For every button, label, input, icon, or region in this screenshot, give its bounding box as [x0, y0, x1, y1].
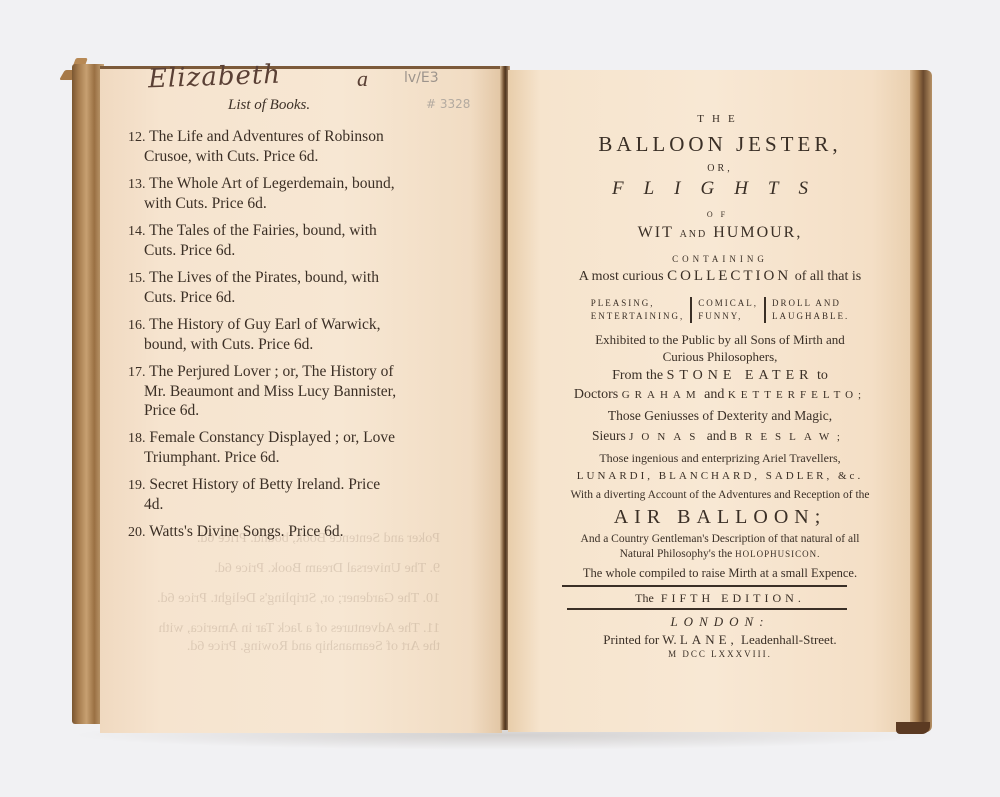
- text: Doctors: [574, 387, 618, 402]
- text: GRAHAM: [622, 389, 701, 401]
- text: ENTERTAINING,: [591, 310, 684, 323]
- open-book: Elizabeth a lv/E3 # 3328 List of Books. …: [0, 0, 1000, 797]
- text: KETTERFELTO;: [728, 389, 866, 401]
- item-text: Mr. Beaumont and Miss Lucy Bannister,: [128, 382, 438, 401]
- those-line: Those Geniusses of Dexterity and Magic,: [545, 408, 895, 424]
- text: COMICAL,: [698, 297, 758, 310]
- text: of all that is: [795, 269, 862, 284]
- text: to: [817, 368, 828, 383]
- edition-line: The FIFTH EDITION.: [545, 591, 895, 606]
- list-heading: List of Books.: [228, 97, 310, 114]
- word: HUMOUR,: [713, 224, 802, 241]
- text: FUNNY,: [698, 310, 758, 323]
- title-the: THE: [545, 113, 895, 125]
- text: and: [704, 387, 724, 402]
- item-number: 15.: [128, 271, 146, 286]
- item-text: Secret History of Betty Ireland. Price: [149, 476, 380, 493]
- whole-compiled-line: The whole compiled to raise Mirth at a s…: [545, 566, 895, 581]
- item-text: Price 6d.: [128, 401, 438, 420]
- aeronauts-line: LUNARDI, BLANCHARD, SADLER, &c.: [545, 470, 895, 482]
- main-title: BALLOON JESTER,: [545, 132, 895, 157]
- item-text: Crusoe, with Cuts. Price 6d.: [128, 147, 438, 166]
- item-text: The Perjured Lover ; or, The History of: [149, 363, 393, 380]
- list-item: 17. The Perjured Lover ; or, The History…: [128, 362, 438, 420]
- book-list: 12. The Life and Adventures of Robinson …: [128, 127, 438, 550]
- item-number: 14.: [128, 224, 146, 239]
- text: Leadenhall-Street.: [741, 632, 837, 647]
- item-number: 18.: [128, 431, 146, 446]
- from-line: From the STONE EATER to: [545, 368, 895, 384]
- imprint-printer: Printed for W. LANE, Leadenhall-Street.: [545, 632, 895, 648]
- text: And a Country Gentleman's Description of…: [545, 532, 895, 547]
- text: A most curious: [579, 269, 664, 284]
- text: BRESLAW;: [730, 431, 848, 443]
- item-text: Watts's Divine Songs. Price 6d.: [149, 523, 343, 540]
- list-item: 16. The History of Guy Earl of Warwick, …: [128, 315, 438, 354]
- text: Exhibited to the Public by all Sons of M…: [545, 331, 895, 348]
- text: FIFTH EDITION.: [661, 591, 805, 605]
- item-text: The History of Guy Earl of Warwick,: [149, 316, 380, 333]
- item-number: 20.: [128, 525, 146, 540]
- item-text: with Cuts. Price 6d.: [128, 194, 438, 213]
- item-text: The Whole Art of Legerdemain, bound,: [149, 175, 395, 192]
- bleed-through-text: Poker and Sentence Book, bound. Price 6d…: [140, 530, 440, 668]
- item-text: bound, with Cuts. Price 6d.: [128, 335, 438, 354]
- item-number: 12.: [128, 130, 146, 145]
- text: PLEASING,: [591, 297, 684, 310]
- pencil-note: # 3328: [426, 97, 470, 111]
- right-page-edges: [910, 70, 932, 732]
- quality-column: PLEASING, ENTERTAINING,: [585, 297, 690, 323]
- air-balloon-heading: AIR BALLOON;: [545, 506, 895, 529]
- text: DROLL AND: [772, 297, 849, 310]
- country-gentleman-line: And a Country Gentleman's Description of…: [545, 532, 895, 562]
- list-item: 20. Watts's Divine Songs. Price 6d.: [128, 522, 438, 542]
- text: HOLOPHUSICON.: [735, 549, 820, 559]
- text: Natural Philosophy's the: [620, 548, 733, 560]
- item-number: 19.: [128, 478, 146, 493]
- text: STONE EATER: [667, 368, 814, 383]
- list-item: 12. The Life and Adventures of Robinson …: [128, 127, 438, 166]
- item-text: Female Constancy Displayed ; or, Love: [149, 429, 395, 446]
- text: JONAS: [629, 431, 703, 443]
- title-or: OR,: [545, 163, 895, 174]
- quality-column: COMICAL, FUNNY,: [690, 297, 764, 323]
- text: Sieurs: [592, 428, 626, 443]
- bleed-line: 10. The Gardener; or, Stripling's Deligh…: [140, 590, 440, 608]
- title-of: OF: [545, 210, 895, 219]
- divider-rule: [567, 608, 847, 610]
- doctors-line: Doctors GRAHAM and KETTERFELTO;: [545, 387, 895, 403]
- sieurs-line: Sieurs JONAS and BRESLAW;: [545, 428, 895, 444]
- text: From the: [612, 368, 663, 383]
- divider-rule: [562, 585, 847, 587]
- pencil-note: lv/E3: [404, 70, 439, 86]
- text: Curious Philosophers,: [545, 348, 895, 365]
- word: WIT: [638, 224, 674, 241]
- imprint-city: LONDON:: [545, 614, 895, 630]
- list-item: 14. The Tales of the Fairies, bound, wit…: [128, 221, 438, 260]
- item-text: The Lives of the Pirates, bound, with: [149, 269, 379, 286]
- qualities-columns: PLEASING, ENTERTAINING, COMICAL, FUNNY, …: [545, 297, 895, 323]
- item-text: Cuts. Price 6d.: [128, 241, 438, 260]
- subtitle-wit-humour: WIT AND HUMOUR,: [545, 224, 895, 242]
- imprint-year: M DCC LXXXVIII.: [545, 649, 895, 659]
- containing-label: CONTAINING: [545, 254, 895, 264]
- bleed-line: 9. The Universal Dream Book. Price 6d.: [140, 560, 440, 578]
- collection-line: A most curious COLLECTION of all that is: [545, 268, 895, 285]
- item-text: 4d.: [128, 495, 438, 514]
- travellers-line: Those ingenious and enterprizing Ariel T…: [545, 451, 895, 466]
- item-number: 16.: [128, 318, 146, 333]
- account-line: With a diverting Account of the Adventur…: [545, 489, 895, 501]
- item-text: The Life and Adventures of Robinson: [149, 128, 384, 145]
- list-item: 19. Secret History of Betty Ireland. Pri…: [128, 475, 438, 514]
- exhibited-line: Exhibited to the Public by all Sons of M…: [545, 331, 895, 365]
- item-number: 17.: [128, 365, 146, 380]
- text: COLLECTION: [667, 268, 791, 284]
- item-number: 13.: [128, 177, 146, 192]
- handwritten-mark: a: [357, 66, 368, 92]
- text: LAUGHABLE.: [772, 310, 849, 323]
- item-text: Triumphant. Price 6d.: [128, 448, 438, 467]
- text: Printed for W.: [603, 632, 676, 647]
- word: AND: [680, 229, 708, 240]
- list-item: 18. Female Constancy Displayed ; or, Lov…: [128, 428, 438, 467]
- bleed-line: 11. The Adventures of a Jack Tar in Amer…: [140, 620, 440, 656]
- list-item: 13. The Whole Art of Legerdemain, bound,…: [128, 174, 438, 213]
- item-text: Cuts. Price 6d.: [128, 288, 438, 307]
- item-text: The Tales of the Fairies, bound, with: [149, 222, 377, 239]
- handwritten-signature: Elizabeth: [148, 60, 282, 95]
- text: The: [635, 591, 654, 605]
- worn-cover-corner: [896, 722, 930, 734]
- subtitle-flights: FLIGHTS: [545, 178, 895, 200]
- list-item: 15. The Lives of the Pirates, bound, wit…: [128, 268, 438, 307]
- quality-column: DROLL AND LAUGHABLE.: [764, 297, 855, 323]
- text: LANE,: [680, 632, 738, 647]
- text: and: [707, 428, 727, 443]
